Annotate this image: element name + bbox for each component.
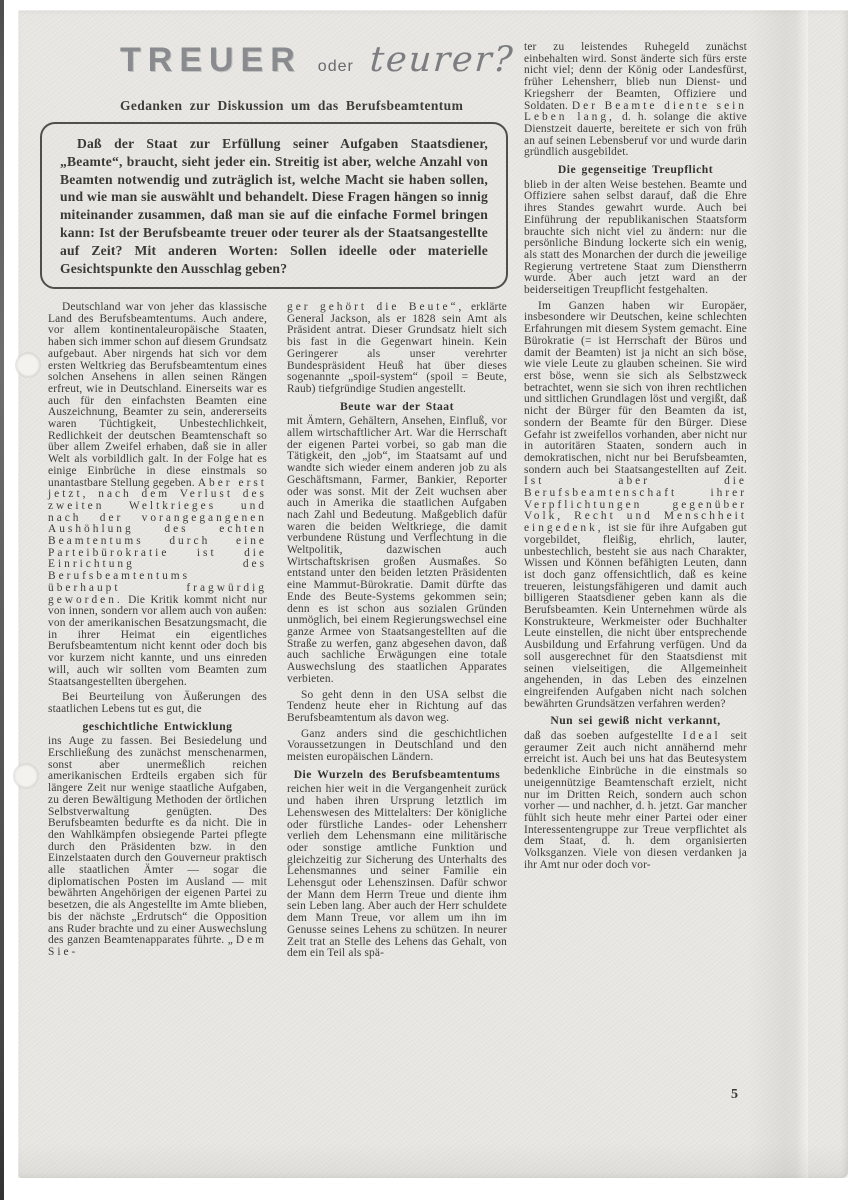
emphasized-spaced-text: Aber erst jetzt, nach dem Verlust des zw… (48, 477, 267, 606)
section-heading: Die Wurzeln des Berufsbeamtentums (287, 769, 507, 781)
paragraph: So geht denn in den USA selbst die Tende… (287, 690, 507, 725)
emphasized-spaced-text: Ideal (683, 730, 721, 742)
emphasized-spaced-text: ger gehört die Beute“, (287, 301, 464, 313)
title-word-oder: oder (318, 58, 354, 76)
page-number: 5 (731, 1087, 738, 1103)
paragraph: Deutschland war von jeher das klassische… (48, 302, 267, 688)
body-text: seit geraumer Zeit auch nicht annähernd … (524, 730, 747, 871)
body-text: Bei Beurteilung von Äußerungen des staat… (48, 691, 267, 715)
article-subtitle: Gedanken zur Diskussion um das Berufsbea… (120, 98, 463, 114)
text-column-2: ger gehört die Beute“, erklärte General … (287, 302, 507, 960)
paragraph: ger gehört die Beute“, erklärte General … (287, 302, 507, 396)
body-text: So geht denn in den USA selbst die Tende… (287, 689, 507, 724)
paragraph: Im Ganzen haben wir Europäer, insbesonde… (524, 301, 747, 711)
body-text: mit Ämtern, Gehältern, Ansehen, Einfluß,… (287, 415, 507, 684)
article-masthead: TREUER oder teurer? (120, 40, 514, 80)
title-word-teurer: teurer? (368, 40, 515, 80)
body-text: blieb in der alten Weise bestehen. Beamt… (524, 179, 747, 296)
punch-hole-top (15, 352, 41, 378)
paper-right-shadow (748, 10, 808, 1178)
title-word-treuer: TREUER (120, 41, 302, 80)
body-text: daß das soeben aufgestellte (524, 730, 683, 742)
section-heading: Nun sei gewiß nicht verkannt, (524, 715, 747, 727)
paragraph: daß das soeben aufgestellte Ideal seit g… (524, 731, 747, 871)
paragraph: ter zu leistendes Ruhegeld zunächst einb… (524, 42, 747, 159)
body-text: reichen hier weit in die Vergangenheit z… (287, 783, 507, 959)
paragraph: mit Ämtern, Gehältern, Ansehen, Einfluß,… (287, 416, 507, 685)
section-heading: Die gegenseitige Treupflicht (524, 164, 747, 176)
paragraph: blieb in der alten Weise bestehen. Beamt… (524, 180, 747, 297)
paragraph: Bei Beurteilung von Äußerungen des staat… (48, 692, 267, 715)
scan-edge-shadow (0, 0, 4, 1200)
body-text: Die Kritik kommt nicht nur von innen, so… (48, 594, 267, 688)
body-text: ins Auge zu fassen. Bei Besiedelung und … (48, 735, 267, 946)
body-text: Deutschland war von jeher das klassische… (48, 301, 267, 489)
body-text: erklärte General Jackson, als er 1828 se… (287, 301, 507, 395)
paragraph: reichen hier weit in die Vergangenheit z… (287, 784, 507, 960)
paragraph: Ganz anders sind die geschichtlichen Vor… (287, 729, 507, 764)
body-text: Im Ganzen haben wir Europäer, insbesonde… (524, 300, 747, 476)
text-column-1: Deutschland war von jeher das klassische… (48, 302, 267, 959)
scanned-page: TREUER oder teurer? Gedanken zur Diskuss… (0, 0, 848, 1200)
body-text: ist sie für ihre Aufgaben gut vorgebilde… (524, 522, 747, 710)
punch-hole-bottom (13, 763, 39, 789)
section-heading: geschichtliche Entwicklung (48, 721, 267, 733)
text-column-3: ter zu leistendes Ruhegeld zunächst einb… (524, 42, 747, 872)
intro-summary-box: Daß der Staat zur Erfüllung seiner Aufga… (40, 122, 508, 289)
paper-bottom-shadow (18, 1144, 848, 1178)
paragraph: ins Auge zu fassen. Bei Besiedelung und … (48, 736, 267, 958)
body-text: Ganz anders sind die geschichtlichen Vor… (287, 728, 507, 763)
section-heading: Beute war der Staat (287, 401, 507, 413)
intro-summary-text: Daß der Staat zur Erfüllung seiner Aufga… (60, 135, 488, 277)
